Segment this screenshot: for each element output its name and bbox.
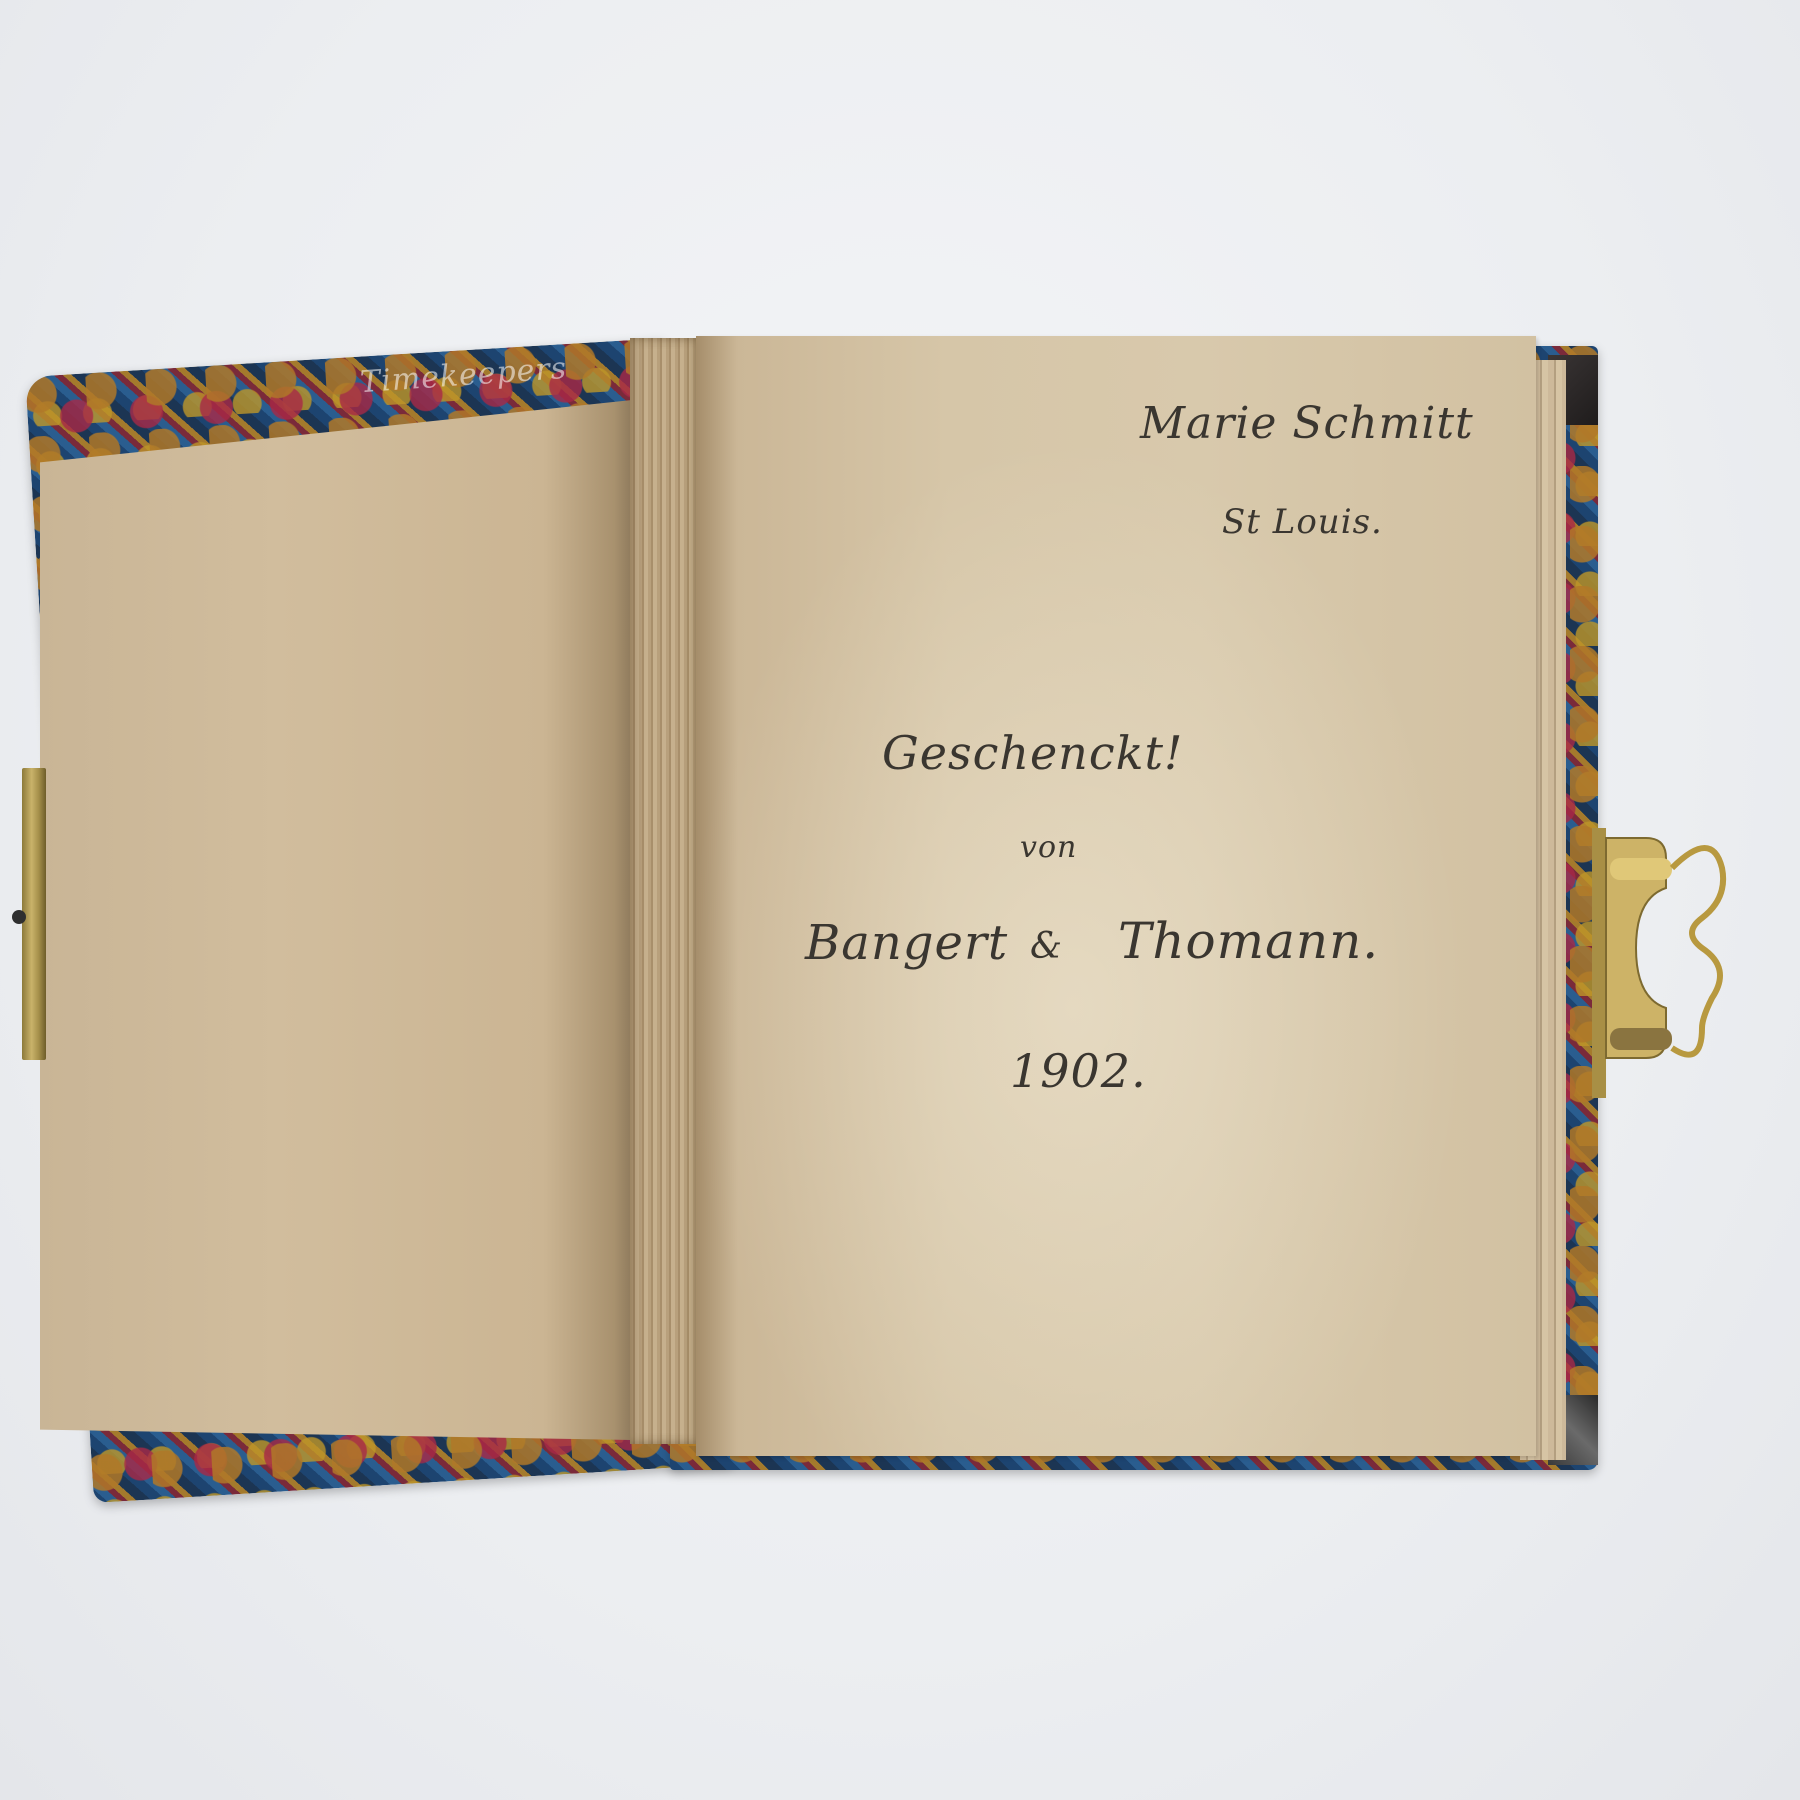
inscription-place: St Louis. (1222, 502, 1383, 542)
inscription-ampersand: & (1030, 926, 1063, 967)
inscription-name: Marie Schmitt (1140, 398, 1474, 449)
inscription-donor-2: Thomann. (1118, 912, 1379, 970)
photo-scene: Timekeepers Marie Schmitt St Louis. Gesc… (0, 0, 1800, 1800)
inscription-from: von (1020, 830, 1077, 865)
inscription-page (696, 336, 1536, 1456)
inscription-year: 1902. (1010, 1044, 1147, 1098)
clasp-pin-icon (12, 910, 26, 924)
book-spine-hinge (630, 338, 700, 1444)
left-endpaper (40, 400, 632, 1440)
inscription-donor-1: Bangert (805, 915, 1008, 971)
brass-clasp-icon (1592, 828, 1732, 1098)
inscription-gift: Geschenckt! (882, 726, 1183, 780)
